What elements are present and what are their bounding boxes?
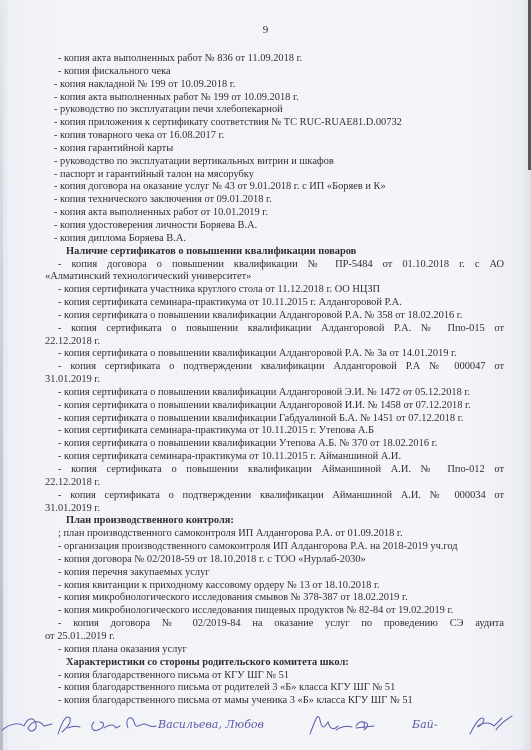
- list-item: - копия благодарственного письма от КГУ …: [52, 670, 504, 683]
- list-item: - копия сертификата семинара-практикума …: [52, 297, 504, 310]
- list-item: - руководство по эксплуатации вертикальн…: [52, 156, 504, 169]
- list-item: - копия удостоверения личности Боряева В…: [52, 220, 504, 233]
- handwritten-name: Васильева, Любов: [158, 718, 264, 731]
- list-item: - копия сертификата о повышении квалифик…: [52, 387, 504, 400]
- production-control-list: ; план производственного самоконтроля ИП…: [52, 528, 504, 656]
- list-item: - паспорт и гарантийный талон на мясоруб…: [52, 169, 504, 182]
- list-item: - копия акта выполненных работ от 10.01.…: [52, 207, 504, 220]
- list-item: - копия сертификата о повышении квалифик…: [52, 323, 504, 336]
- list-item: - копия накладной № 199 от 10.09.2018 г.: [52, 79, 504, 92]
- list-item: - копия сертификата о повышении квалифик…: [52, 310, 504, 323]
- list-item: - копия микробиологического исследования…: [52, 605, 504, 618]
- list-item: - копия технического заключения от 09.01…: [52, 194, 504, 207]
- list-item: - копия сертификата семинара-практикума …: [52, 451, 504, 464]
- list-item: - копия перечня закупаемых услуг: [52, 567, 504, 580]
- list-item: - копия микробиологического исследования…: [52, 592, 504, 605]
- list-item-continuation: 31.01.2019 г.: [45, 503, 504, 516]
- document-page: 9 - копия акта выполненных работ № 836 о…: [0, 0, 531, 750]
- list-item: - копия договора на оказание услуг № 43 …: [52, 181, 504, 194]
- list-item: - копия плана оказания услуг: [52, 644, 504, 657]
- list-item-continuation: 22.12.2018 г.: [45, 336, 504, 349]
- heading-production-control: План производственного контроля:: [52, 515, 504, 528]
- list-item-continuation: от 25.01..2019 г.: [45, 631, 504, 644]
- list-item: - копия договора № 02/2018-59 от 18.10.2…: [52, 554, 504, 567]
- page-number: 9: [0, 24, 531, 36]
- list-item: - копия сертификата о подтверждении квал…: [52, 490, 504, 503]
- list-item: - копия фискального чека: [52, 66, 504, 79]
- scan-left-edge: [0, 0, 3, 750]
- list-item: - копия договора о повышении квалификаци…: [52, 259, 504, 272]
- list-item: - копия сертификата о повышении квалифик…: [52, 413, 504, 426]
- equipment-documents-list: - копия акта выполненных работ № 836 от …: [52, 53, 504, 246]
- list-item: - копия сертификата о повышении квалифик…: [52, 438, 504, 451]
- list-item: - копия акта выполненных работ № 199 от …: [52, 92, 504, 105]
- list-item: - копия товарного чека от 16.08.2017 г.: [52, 130, 504, 143]
- heading-certificates: Наличие сертификатов о повышении квалифи…: [52, 246, 504, 259]
- list-item-continuation: 31.01.2019 г.: [45, 374, 504, 387]
- list-item: - копия диплома Боряева В.А.: [52, 233, 504, 246]
- list-item: - копия сертификата о повышении квалифик…: [52, 400, 504, 413]
- signatures-area: Васильева, Любов Бай-: [0, 700, 531, 750]
- list-item: - копия гарантийной карты: [52, 143, 504, 156]
- list-item: - копия сертификата о повышении квалифик…: [52, 348, 504, 361]
- list-item-continuation: 22.12.2018 г.: [45, 477, 504, 490]
- list-item: - руководство по эксплуатации печи хлебо…: [52, 104, 504, 117]
- list-item: - копия сертификата семинара-практикума …: [52, 425, 504, 438]
- list-item: - копия благодарственного письма от роди…: [52, 682, 504, 695]
- list-item: - копия сертификата о повышении квалифик…: [52, 464, 504, 477]
- list-item: - копия квитанции к приходному кассовому…: [52, 580, 504, 593]
- list-item: - копия сертификата участника круглого с…: [52, 284, 504, 297]
- list-item: - копия сертификата о подтверждении квал…: [52, 361, 504, 374]
- list-item: - организация производственного самоконт…: [52, 541, 504, 554]
- handwritten-tail: Бай-: [412, 718, 437, 731]
- list-item: ; план производственного самоконтроля ИП…: [52, 528, 504, 541]
- list-item-continuation: «Алматинский технологический университет…: [45, 271, 504, 284]
- certificates-list: - копия договора о повышении квалификаци…: [52, 259, 504, 516]
- document-body: - копия акта выполненных работ № 836 от …: [52, 53, 504, 708]
- list-item: - копия приложения к сертификату соответ…: [52, 117, 504, 130]
- signature-scribbles-icon: [0, 700, 531, 750]
- list-item: - копия акта выполненных работ № 836 от …: [52, 53, 504, 66]
- list-item: - копия договора № 02/2019-84 на оказани…: [52, 618, 504, 631]
- heading-parents-committee: Характеристики со стороны родительского …: [52, 657, 504, 670]
